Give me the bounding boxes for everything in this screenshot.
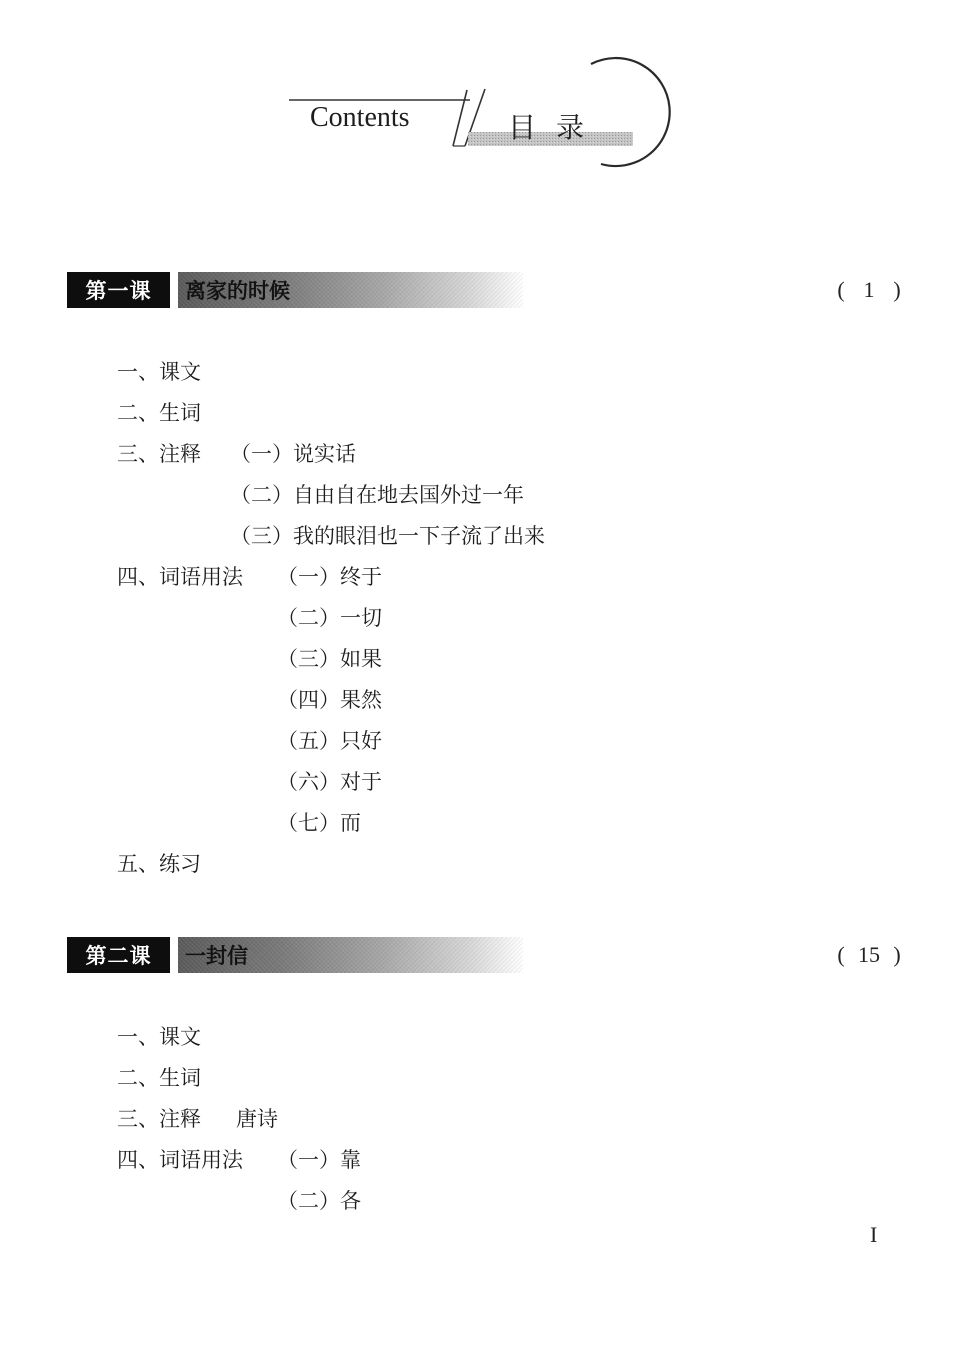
subentry-text: 而 <box>340 809 361 837</box>
lesson-2-heading[interactable]: 第二课 一封信 ( 15 ) <box>67 937 907 973</box>
header-decoration <box>0 0 960 200</box>
toc-subentry[interactable]: （二）一切 <box>277 604 382 632</box>
toc-entry[interactable]: 二、生词 <box>117 1064 201 1092</box>
contents-title-zh: 目录 <box>508 106 604 146</box>
page-number: 1 <box>851 277 887 303</box>
lesson-title: 一封信 <box>185 937 248 973</box>
subentry-marker: （一） <box>277 563 340 591</box>
subentry-text: 对于 <box>340 768 382 796</box>
section-label: 五、练习 <box>117 850 201 878</box>
toc-subentry[interactable]: （一）靠 <box>277 1146 361 1174</box>
lesson-title: 离家的时候 <box>185 272 290 308</box>
section-label: 四、词语用法 <box>117 563 243 591</box>
subentry-marker: （二） <box>277 1187 340 1215</box>
section-label: 三、注释 <box>117 1105 201 1133</box>
subentry-marker: （四） <box>277 686 340 714</box>
toc-entry[interactable]: 一、课文 <box>117 358 201 386</box>
subentry-marker: （三） <box>277 645 340 673</box>
subentry-text: 靠 <box>340 1146 361 1174</box>
toc-entry[interactable]: 一、课文 <box>117 1023 201 1051</box>
subentry-marker: （三） <box>230 522 293 550</box>
contents-header: Contents 目录 <box>0 0 960 200</box>
lesson-page-number: ( 15 ) <box>831 937 907 973</box>
subentry-text: 各 <box>340 1187 361 1215</box>
toc-entry[interactable]: 五、练习 <box>117 850 201 878</box>
toc-subentry[interactable]: 唐诗 <box>236 1105 278 1133</box>
subentry-marker: （二） <box>230 481 293 509</box>
toc-subentry[interactable]: （二）各 <box>277 1187 361 1215</box>
section-label: 一、课文 <box>117 1023 201 1051</box>
contents-title-en: Contents <box>310 102 410 134</box>
toc-subentry[interactable]: （六）对于 <box>277 768 382 796</box>
section-label: 三、注释 <box>117 440 201 468</box>
subentry-marker: （二） <box>277 604 340 632</box>
page-number: 15 <box>851 942 887 968</box>
toc-subentry[interactable]: （二）自由自在地去国外过一年 <box>230 481 524 509</box>
toc-entry[interactable]: 四、词语用法 <box>117 1146 243 1174</box>
toc-entry[interactable]: 三、注释 <box>117 440 201 468</box>
subentry-marker: （一） <box>277 1146 340 1174</box>
toc-subentry[interactable]: （一）终于 <box>277 563 382 591</box>
subentry-text: 说实话 <box>293 440 356 468</box>
lesson-1-heading[interactable]: 第一课 离家的时候 ( 1 ) <box>67 272 907 308</box>
toc-subentry[interactable]: （五）只好 <box>277 727 382 755</box>
subentry-text: 一切 <box>340 604 382 632</box>
lesson-number-badge: 第二课 <box>67 937 170 973</box>
subentry-text: 如果 <box>340 645 382 673</box>
toc-subentry[interactable]: （一）说实话 <box>230 440 356 468</box>
toc-entry[interactable]: 二、生词 <box>117 399 201 427</box>
subentry-text: 终于 <box>340 563 382 591</box>
subentry-text: 我的眼泪也一下子流了出来 <box>293 522 545 550</box>
lesson-page-number: ( 1 ) <box>831 272 907 308</box>
subentry-marker: （五） <box>277 727 340 755</box>
subentry-marker: （六） <box>277 768 340 796</box>
page-folio: I <box>870 1222 877 1248</box>
subentry-marker: （七） <box>277 809 340 837</box>
toc-subentry[interactable]: （四）果然 <box>277 686 382 714</box>
toc-subentry[interactable]: （三）如果 <box>277 645 382 673</box>
subentry-text: 唐诗 <box>236 1105 278 1133</box>
subentry-marker: （一） <box>230 440 293 468</box>
subentry-text: 自由自在地去国外过一年 <box>293 481 524 509</box>
subentry-text: 只好 <box>340 727 382 755</box>
section-label: 二、生词 <box>117 1064 201 1092</box>
lesson-number-badge: 第一课 <box>67 272 170 308</box>
toc-entry[interactable]: 三、注释 <box>117 1105 201 1133</box>
toc-subentry[interactable]: （七）而 <box>277 809 361 837</box>
subentry-text: 果然 <box>340 686 382 714</box>
section-label: 四、词语用法 <box>117 1146 243 1174</box>
section-label: 一、课文 <box>117 358 201 386</box>
toc-subentry[interactable]: （三）我的眼泪也一下子流了出来 <box>230 522 545 550</box>
section-label: 二、生词 <box>117 399 201 427</box>
toc-entry[interactable]: 四、词语用法 <box>117 563 243 591</box>
